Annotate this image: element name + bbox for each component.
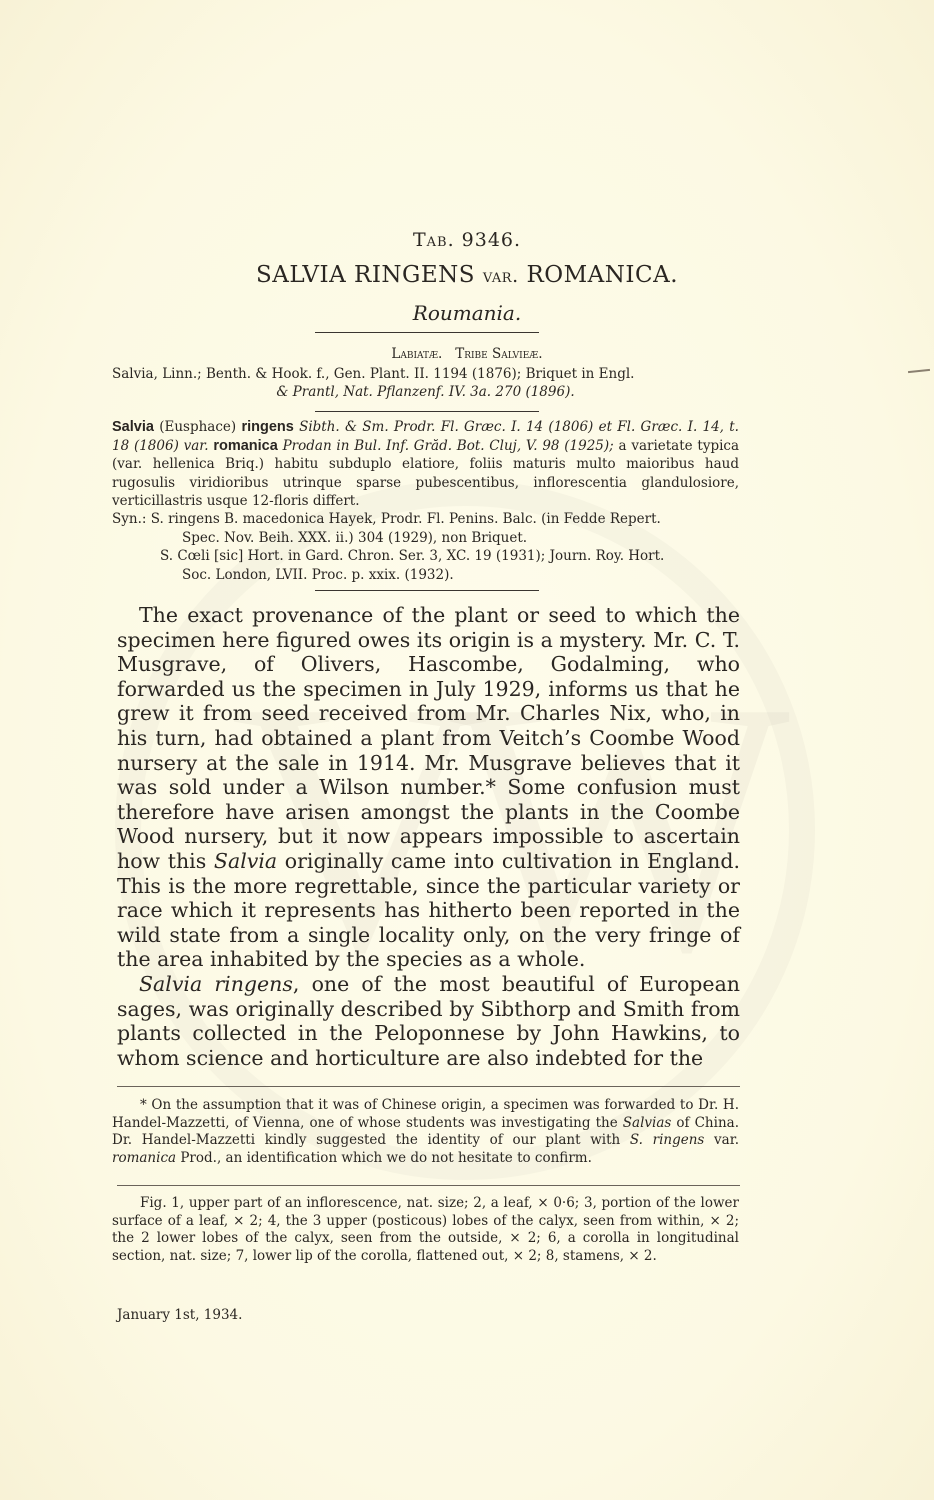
- footnote: * On the assumption that it was of Chine…: [112, 1097, 739, 1167]
- species-description: Salvia (Eusphace) ringens Sibth. & Sm. P…: [112, 418, 739, 511]
- genus-name: Salvia: [112, 419, 154, 435]
- region: Roumania.: [0, 301, 934, 325]
- paragraph-1: The exact provenance of the plant or see…: [117, 603, 740, 972]
- divider: [315, 332, 539, 333]
- family-line: Labiatæ. Tribe Salvieæ.: [0, 346, 934, 362]
- title-var: var.: [483, 265, 519, 287]
- figure-caption: Fig. 1, upper part of an inflorescence, …: [112, 1195, 739, 1265]
- species-name: ringens: [241, 419, 293, 435]
- para2-italic: Salvia ringens: [139, 972, 293, 996]
- document-page: VW Tab. 9346. SALVIA RINGENS var. ROMANI…: [0, 0, 934, 1500]
- section: (Eusphace): [159, 419, 236, 435]
- syn-2-line-2: Soc. London, LVII. Proc. p. xxix. (1932)…: [112, 566, 739, 585]
- edge-mark: [908, 369, 930, 373]
- variety-name: romanica: [213, 438, 277, 454]
- citation-2: Prodan in Bul. Inf. Grăd. Bot. Cluj, V. …: [283, 438, 614, 454]
- fn-i2: S. ringens: [630, 1132, 704, 1148]
- publication-date: January 1st, 1934.: [117, 1307, 242, 1323]
- syn-label: Syn.:: [112, 511, 146, 527]
- synonyms: Syn.: S. ringens B. macedonica Hayek, Pr…: [112, 510, 739, 584]
- divider: [315, 411, 539, 412]
- genus-citation: Salvia, Linn.; Benth. & Hook. f., Gen. P…: [112, 365, 739, 401]
- fn-d: Prod., an identification which we do not…: [176, 1150, 592, 1166]
- family: Labiatæ.: [391, 346, 442, 362]
- title-variety: ROMANICA.: [526, 262, 678, 288]
- syn-2-line-1: S. Cœli [sic] Hort. in Gard. Chron. Ser.…: [112, 547, 739, 566]
- figure-caption-text: Fig. 1, upper part of an inflorescence, …: [112, 1195, 739, 1265]
- title-species: SALVIA RINGENS: [256, 262, 475, 288]
- caption-divider: [117, 1185, 740, 1186]
- footnote-text: * On the assumption that it was of Chine…: [112, 1097, 739, 1167]
- para1-italic: Salvia: [214, 849, 277, 873]
- para1-text-a: The exact provenance of the plant or see…: [117, 603, 740, 873]
- body-text: The exact provenance of the plant or see…: [117, 603, 740, 1070]
- plate-number: Tab. 9346.: [0, 229, 934, 251]
- syn-1-line-2: Spec. Nov. Beih. XXX. ii.) 304 (1929), n…: [112, 529, 739, 548]
- fn-c: var.: [704, 1132, 739, 1148]
- syn-1-line-1: S. ringens B. macedonica Hayek, Prodr. F…: [151, 511, 661, 527]
- genus-line-1: Salvia, Linn.; Benth. & Hook. f., Gen. P…: [112, 366, 634, 382]
- page-title: SALVIA RINGENS var. ROMANICA.: [0, 262, 934, 288]
- genus-line-2: & Prantl, Nat. Pflanzenf. IV. 3a. 270 (1…: [112, 383, 739, 401]
- footnote-divider: [117, 1086, 740, 1087]
- tribe: Tribe Salvieæ.: [455, 346, 542, 362]
- divider: [315, 590, 539, 591]
- fn-i3: romanica: [112, 1150, 176, 1166]
- fn-i1: Salvias: [623, 1115, 672, 1131]
- paragraph-2: Salvia ringens, one of the most beautifu…: [117, 972, 740, 1070]
